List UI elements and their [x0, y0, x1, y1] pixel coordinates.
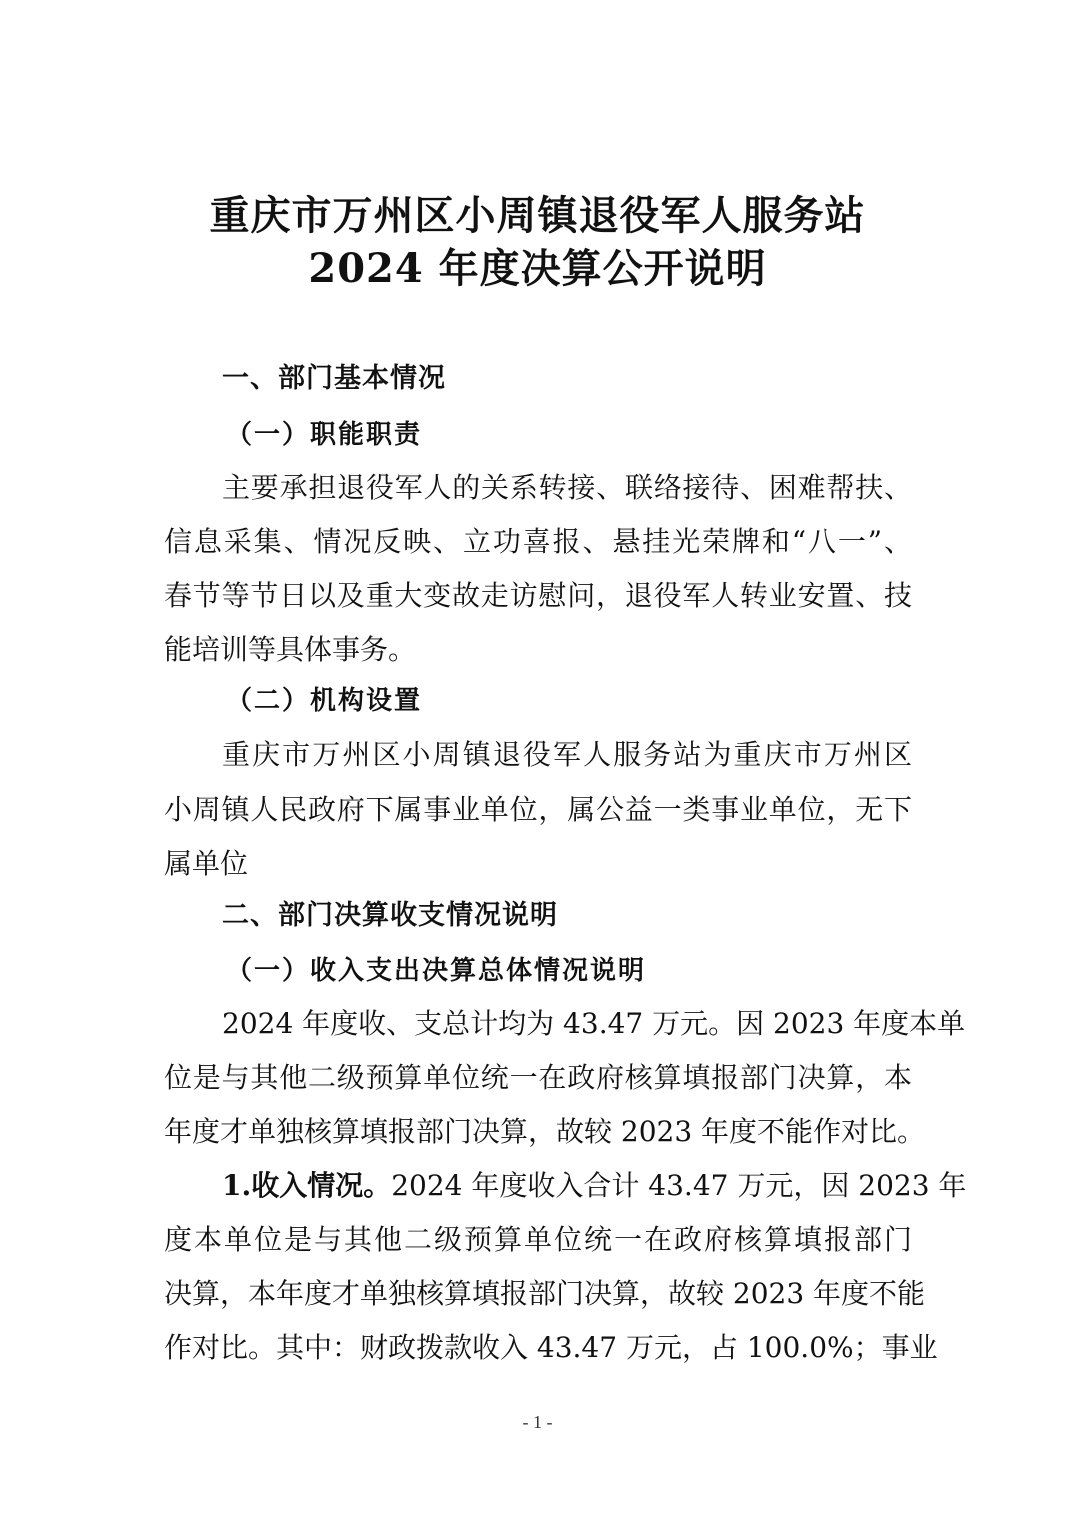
paragraph-line: 作对比。其中：财政拨款收入 43.47 万元，占 100.0%；事业 [164, 1330, 912, 1366]
section1-sub2-heading: （二）机构设置 [226, 684, 422, 718]
paragraph-line: 度本单位是与其他二级预算单位统一在政府核算填报部门 [164, 1222, 912, 1258]
paragraph-line: 信息采集、情况反映、立功喜报、悬挂光荣牌和“八一”、 [164, 524, 912, 560]
section2-sub1-heading: （一）收入支出决算总体情况说明 [226, 954, 646, 988]
paragraph-line: 春节等节日以及重大变故走访慰问，退役军人转业安置、技 [164, 578, 912, 614]
document-page: 重庆市万州区小周镇退役军人服务站 2024 年度决算公开说明 一、部门基本情况 … [0, 0, 1075, 1520]
paragraph-line: 2024 年度收、支总计均为 43.47 万元。因 2023 年度本单 [222, 1006, 912, 1042]
document-title-line1: 重庆市万州区小周镇退役军人服务站 [0, 192, 1075, 240]
section1-heading: 一、部门基本情况 [222, 362, 446, 396]
document-title-line2: 2024 年度决算公开说明 [0, 245, 1075, 293]
paragraph-line: 能培训等具体事务。 [164, 632, 912, 668]
paragraph-line: 重庆市万州区小周镇退役军人服务站为重庆市万州区 [222, 737, 912, 773]
paragraph-line: 主要承担退役军人的关系转接、联络接待、困难帮扶、 [222, 470, 912, 506]
section1-sub1-heading: （一）职能职责 [226, 418, 422, 452]
paragraph-line: 年度才单独核算填报部门决算，故较 2023 年度不能作对比。 [164, 1114, 912, 1150]
page-number: - 1 - [0, 1412, 1075, 1433]
section2-heading: 二、部门决算收支情况说明 [222, 899, 558, 933]
income-label: 1.收入情况。 [222, 1169, 391, 1202]
income-paragraph-line: 1.收入情况。2024 年度收入合计 43.47 万元，因 2023 年 [222, 1168, 912, 1204]
paragraph-line: 决算，本年度才单独核算填报部门决算，故较 2023 年度不能 [164, 1276, 912, 1312]
paragraph-line: 小周镇人民政府下属事业单位，属公益一类事业单位，无下 [164, 792, 912, 828]
income-line1-text: 2024 年度收入合计 43.47 万元，因 2023 年 [391, 1169, 966, 1202]
paragraph-line: 位是与其他二级预算单位统一在政府核算填报部门决算，本 [164, 1060, 912, 1096]
paragraph-line: 属单位 [164, 846, 912, 882]
